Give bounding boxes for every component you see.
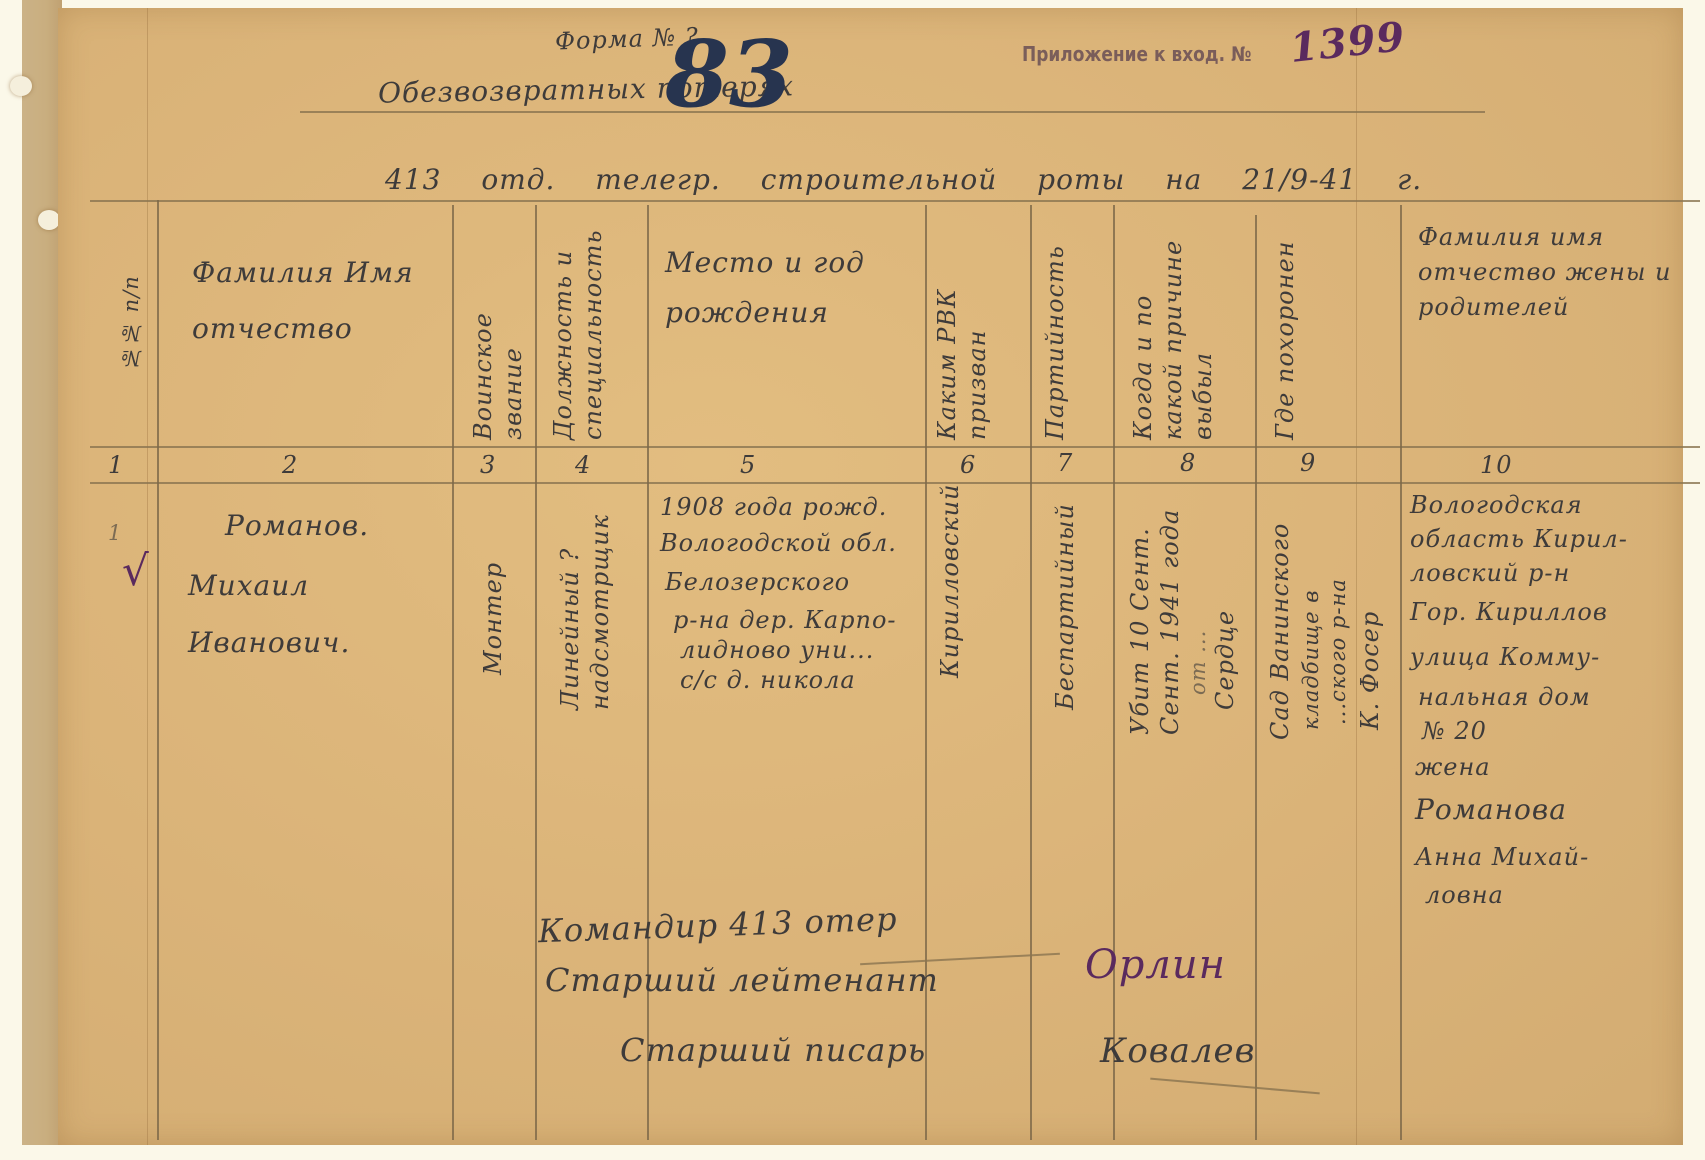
binding-stub	[22, 0, 62, 1145]
burial-line: кладбище в	[1298, 490, 1324, 730]
col-number-1: 1	[108, 450, 124, 480]
verified-checkmark: √	[122, 545, 150, 598]
clerk-title: Старший писарь	[620, 1030, 926, 1070]
relatives-line: нальная дом	[1418, 682, 1591, 712]
col-number-3: 3	[480, 450, 496, 480]
col-header-9: Где похоронен	[1270, 210, 1300, 440]
receipt-stamp-label: Приложение к вход. №	[1022, 42, 1251, 66]
col-divider	[535, 205, 537, 1140]
relatives-line: Романова	[1415, 792, 1567, 827]
col-number-10: 10	[1480, 450, 1513, 480]
relatives-line: ловна	[1425, 880, 1504, 910]
col-header-10: Фамилия имя отчество жены и родителей	[1418, 220, 1678, 324]
position-value: Линейный ? надсмотрщик	[555, 500, 630, 710]
when-line: Сент. 1941 года	[1155, 485, 1185, 735]
burial-line: К. Фосер	[1355, 580, 1385, 730]
col-divider	[1400, 205, 1402, 1140]
burial-line: ...ского р-на	[1325, 505, 1351, 725]
relatives-line: Вологодская	[1410, 490, 1583, 520]
birth-line: с/с д. никола	[680, 665, 856, 695]
relatives-line: ловский р-н	[1410, 558, 1570, 588]
rvk-value: Кирилловский	[935, 478, 965, 678]
clerk-signature: Ковалев	[1100, 1030, 1255, 1073]
col-header-2: Фамилия Имя отчество	[192, 245, 432, 357]
col-header-7: Партийность	[1040, 215, 1070, 440]
relatives-line: Гор. Кириллов	[1410, 597, 1608, 627]
title-underline	[300, 111, 1485, 113]
row-index: 1	[108, 520, 122, 546]
unit-line: 413 отд. телегр. строительной роты на 21…	[385, 162, 1422, 197]
relatives-line: улица Комму-	[1410, 642, 1600, 672]
punch-hole	[38, 210, 60, 230]
table-top-border	[90, 200, 1700, 202]
when-line: от ...	[1185, 495, 1211, 695]
col-header-8: Когда и по какой причине выбыл	[1128, 210, 1238, 440]
rank-value: Монтер	[478, 505, 508, 675]
col-divider	[452, 205, 454, 1140]
col-divider	[1113, 205, 1115, 1140]
col-number-6: 6	[960, 450, 976, 480]
col-number-7: 7	[1057, 448, 1073, 478]
col-header-1: №№ п/п	[118, 260, 144, 370]
burial-line: Сад Ванинского	[1265, 480, 1295, 740]
col-header-6: Каким РВК призван	[932, 280, 1022, 440]
commander-signature: Орлин	[1085, 940, 1226, 990]
col-header-3: Воинское звание	[468, 260, 528, 440]
when-line: Убит 10 Сент.	[1125, 485, 1155, 735]
party-value: Беспартийный	[1050, 480, 1080, 710]
first-name: Михаил	[188, 568, 309, 603]
col-number-4: 4	[575, 450, 591, 480]
col-divider	[1030, 205, 1032, 1140]
relatives-line: область Кирил-	[1410, 524, 1628, 554]
number-row-border	[90, 482, 1700, 484]
col-header-4: Должность и специальность	[548, 210, 608, 440]
when-line: Сердце	[1210, 570, 1240, 710]
commander-rank: Старший лейтенант	[545, 960, 939, 1000]
birth-line: р-на дер. Карпо-	[673, 605, 897, 635]
col-number-8: 8	[1180, 448, 1196, 478]
col-number-9: 9	[1300, 448, 1316, 478]
relatives-line: Анна Михай-	[1415, 842, 1589, 872]
col-divider	[157, 200, 159, 1140]
col-divider	[1255, 215, 1257, 1140]
col-header-5: Место и год рождения	[665, 238, 905, 339]
header-bottom-border	[90, 446, 1700, 448]
relatives-line: жена	[1415, 752, 1491, 782]
birth-line: Белозерского	[665, 567, 850, 597]
birth-line: 1908 года рожд.	[660, 492, 887, 522]
patronymic: Иванович.	[188, 625, 350, 660]
relatives-line: № 20	[1422, 716, 1487, 746]
birth-line: Вологодской обл.	[660, 528, 897, 558]
birth-line: лидново уни...	[680, 635, 874, 665]
col-number-2: 2	[282, 450, 298, 480]
col-number-5: 5	[740, 450, 756, 480]
archive-number: 83	[665, 20, 793, 128]
punch-hole	[10, 76, 32, 96]
surname: Романов.	[225, 508, 369, 543]
